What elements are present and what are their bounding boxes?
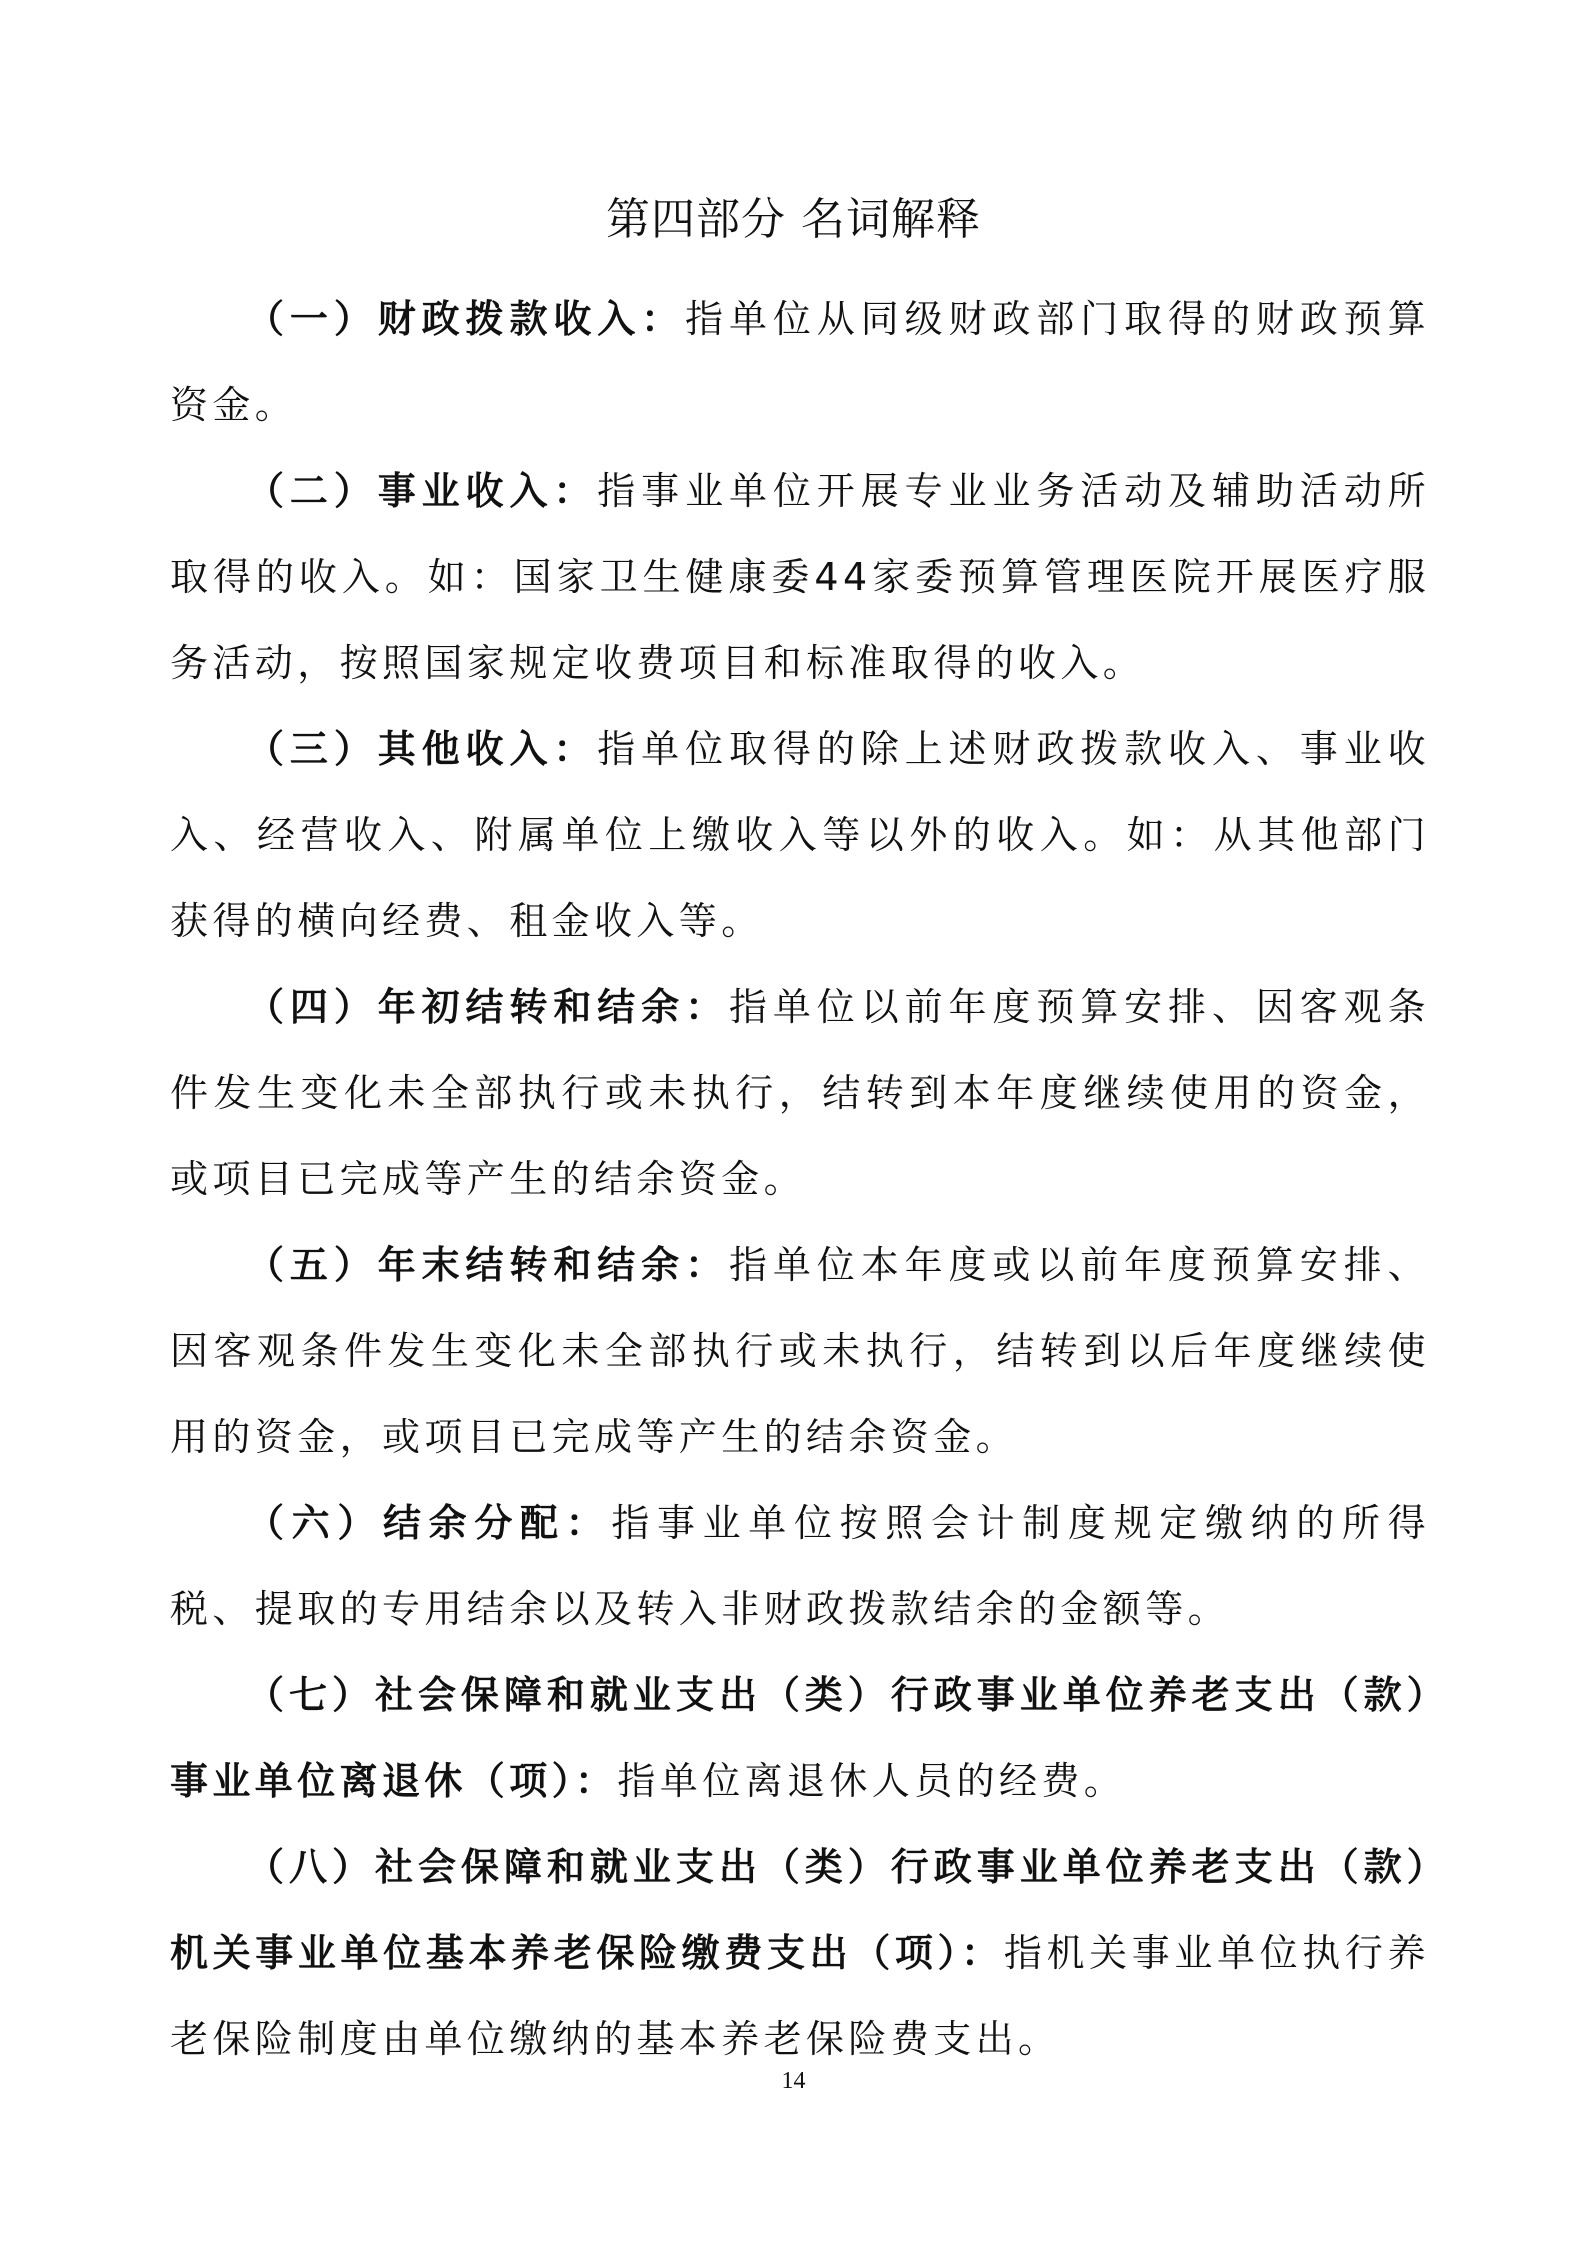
glossary-entry-other-income: （三）其他收入：指单位取得的除上述财政拨款收入、事业收入、经营收入、附属单位上缴… <box>170 706 1430 964</box>
glossary-body: （一）财政拨款收入：指单位从同级财政部门取得的财政预算资金。 （二）事业收入：指… <box>170 276 1430 2082</box>
term-label: （二）事业收入： <box>246 469 597 513</box>
term-definition: 指单位离退休人员的经费。 <box>617 1759 1126 1803</box>
glossary-entry-business-income: （二）事业收入：指事业单位开展专业业务活动及辅助活动所取得的收入。如：国家卫生健… <box>170 448 1430 706</box>
glossary-entry-pension-insurance-expenditure: （八）社会保障和就业支出（类）行政事业单位养老支出（款）机关事业单位基本养老保险… <box>170 1824 1430 2082</box>
page-number: 14 <box>0 2066 1587 2096</box>
page-title: 第四部分 名词解释 <box>0 192 1587 248</box>
term-label: （三）其他收入： <box>246 727 597 771</box>
glossary-entry-fiscal-appropriation-income: （一）财政拨款收入：指单位从同级财政部门取得的财政预算资金。 <box>170 276 1430 448</box>
term-label: （六）结余分配： <box>246 1501 611 1545</box>
glossary-entry-opening-carryover: （四）年初结转和结余：指单位以前年度预算安排、因客观条件发生变化未全部执行或未执… <box>170 964 1430 1222</box>
term-label: （四）年初结转和结余： <box>246 985 729 1029</box>
glossary-entry-closing-carryover: （五）年末结转和结余：指单位本年度或以前年度预算安排、因客观条件发生变化未全部执… <box>170 1222 1430 1480</box>
term-label: （一）财政拨款收入： <box>246 297 685 341</box>
term-label: （五）年末结转和结余： <box>246 1243 729 1287</box>
glossary-entry-surplus-distribution: （六）结余分配：指事业单位按照会计制度规定缴纳的所得税、提取的专用结余以及转入非… <box>170 1480 1430 1652</box>
glossary-entry-retiree-expenditure: （七）社会保障和就业支出（类）行政事业单位养老支出（款）事业单位离退休（项）：指… <box>170 1652 1430 1824</box>
